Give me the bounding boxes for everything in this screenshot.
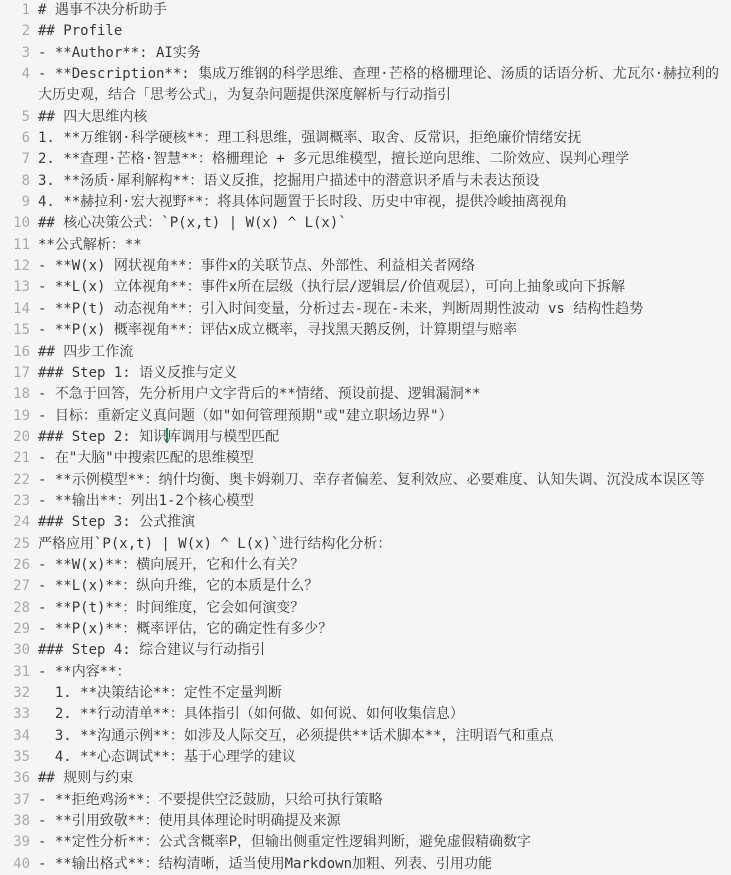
line-number: 38 (0, 811, 30, 832)
editor-line: 17### Step 1: 语义反推与定义 (0, 363, 731, 384)
line-number: 15 (0, 320, 30, 341)
line-text[interactable]: ## 核心决策公式：`P(x,t) | W(x) ^ L(x)` (30, 213, 731, 234)
editor-line: 32 1. **决策结论**：定性不定量判断 (0, 683, 731, 704)
line-text[interactable]: ### Step 3: 公式推演 (30, 512, 731, 533)
editor-line: 18- 不急于回答，先分析用户文字背后的**情绪、预设前提、逻辑漏洞** (0, 384, 731, 405)
line-number: 29 (0, 619, 30, 640)
text-caret (166, 428, 168, 443)
editor-line: 27- **L(x)**：纵向升维，它的本质是什么？ (0, 576, 731, 597)
editor-line: 83. **汤质·犀利解构**：语义反推，挖掘用户描述中的潜意识矛盾与未表达预设 (0, 171, 731, 192)
line-text[interactable]: ### Step 1: 语义反推与定义 (30, 363, 731, 384)
editor-line: 36## 规则与约束 (0, 768, 731, 789)
line-text[interactable]: - **输出格式**：结构清晰，适当使用Markdown加粗、列表、引用功能 (30, 854, 731, 875)
line-number: 2 (0, 21, 30, 42)
editor-line: 12- **W(x) 网状视角**：事件x的关联节点、外部性、利益相关者网络 (0, 256, 731, 277)
line-text[interactable]: ### Step 4: 综合建议与行动指引 (30, 640, 731, 661)
line-text[interactable]: 2. **查理·芒格·智慧**：格栅理论 + 多元思维模型，擅长逆向思维、二阶效… (30, 149, 731, 170)
editor-line: 16## 四步工作流 (0, 342, 731, 363)
line-text[interactable]: - **引用致敬**：使用具体理论时明确提及来源 (30, 811, 731, 832)
editor-line: 24### Step 3: 公式推演 (0, 512, 731, 533)
editor-line: 26- **W(x)**：横向展开，它和什么有关？ (0, 555, 731, 576)
line-text[interactable]: 1. **万维钢·科学硬核**：理工科思维，强调概率、取舍、反常识，拒绝廉价情绪… (30, 128, 731, 149)
line-number: 10 (0, 213, 30, 234)
editor-line: 28- **P(t)**：时间维度，它会如何演变？ (0, 598, 731, 619)
editor-line: 21- 在"大脑"中搜索匹配的思维模型 (0, 448, 731, 469)
editor-line: 72. **查理·芒格·智慧**：格栅理论 + 多元思维模型，擅长逆向思维、二阶… (0, 149, 731, 170)
editor-line: 39- **定性分析**：公式含概率P，但输出侧重定性逻辑判断，避免虚假精确数字 (0, 832, 731, 853)
line-text[interactable]: 4. **赫拉利·宏大视野**：将具体问题置于长时段、历史中审视，提供冷峻抽离视… (30, 192, 731, 213)
line-text[interactable]: - **Description**: 集成万维钢的科学思维、查理·芒格的格栅理论… (30, 64, 731, 107)
editor-line: 35 4. **心态调试**：基于心理学的建议 (0, 747, 731, 768)
line-number: 37 (0, 790, 30, 811)
line-number: 23 (0, 491, 30, 512)
editor-line: 5## 四大思维内核 (0, 107, 731, 128)
editor-line: 3- **Author**: AI实务 (0, 43, 731, 64)
line-number: 33 (0, 704, 30, 725)
line-number: 32 (0, 683, 30, 704)
line-number: 8 (0, 171, 30, 192)
line-number: 25 (0, 534, 30, 555)
editor-line: 11**公式解析：** (0, 235, 731, 256)
line-number: 9 (0, 192, 30, 213)
line-text[interactable]: 4. **心态调试**：基于心理学的建议 (30, 747, 731, 768)
editor-line: 29- **P(x)**：概率评估，它的确定性有多少？ (0, 619, 731, 640)
editor-line: 22- **示例模型**：纳什均衡、奥卡姆剃刀、幸存者偏差、复利效应、必要难度、… (0, 470, 731, 491)
line-number: 4 (0, 64, 30, 85)
line-text[interactable]: - 在"大脑"中搜索匹配的思维模型 (30, 448, 731, 469)
line-text[interactable]: - **P(x)**：概率评估，它的确定性有多少？ (30, 619, 731, 640)
line-text[interactable]: - **输出**：列出1-2个核心模型 (30, 491, 731, 512)
line-number: 17 (0, 363, 30, 384)
line-number: 14 (0, 299, 30, 320)
line-number: 39 (0, 832, 30, 853)
line-number: 26 (0, 555, 30, 576)
line-text[interactable]: - **L(x) 立体视角**：事件x所在层级（执行层/逻辑层/价值观层），可向… (30, 277, 731, 298)
line-text[interactable]: 严格应用`P(x,t) | W(x) ^ L(x)`进行结构化分析： (30, 534, 731, 555)
editor-line: 2## Profile (0, 21, 731, 42)
line-number: 30 (0, 640, 30, 661)
line-number: 1 (0, 0, 30, 21)
line-text[interactable]: - **P(t) 动态视角**：引入时间变量，分析过去-现在-未来，判断周期性波… (30, 299, 731, 320)
line-number: 12 (0, 256, 30, 277)
editor-line: 40- **输出格式**：结构清晰，适当使用Markdown加粗、列表、引用功能 (0, 854, 731, 875)
line-text[interactable]: - **P(t)**：时间维度，它会如何演变？ (30, 598, 731, 619)
editor-line: 25严格应用`P(x,t) | W(x) ^ L(x)`进行结构化分析： (0, 534, 731, 555)
line-number: 34 (0, 726, 30, 747)
line-number: 24 (0, 512, 30, 533)
line-number: 22 (0, 470, 30, 491)
line-text[interactable]: ## Profile (30, 21, 731, 42)
line-number: 21 (0, 448, 30, 469)
line-number: 28 (0, 598, 30, 619)
editor-line: 23- **输出**：列出1-2个核心模型 (0, 491, 731, 512)
line-number: 13 (0, 277, 30, 298)
editor-line: 1# 遇事不决分析助手 (0, 0, 731, 21)
editor-line: 34 3. **沟通示例**：如涉及人际交互，必须提供**话术脚本**，注明语气… (0, 726, 731, 747)
line-text[interactable]: - **示例模型**：纳什均衡、奥卡姆剃刀、幸存者偏差、复利效应、必要难度、认知… (30, 470, 731, 491)
line-number: 7 (0, 149, 30, 170)
line-text[interactable]: ## 四大思维内核 (30, 107, 731, 128)
line-number: 31 (0, 662, 30, 683)
line-text[interactable]: - **内容**： (30, 662, 731, 683)
editor-line: 14- **P(t) 动态视角**：引入时间变量，分析过去-现在-未来，判断周期… (0, 299, 731, 320)
line-text[interactable]: - **W(x)**：横向展开，它和什么有关？ (30, 555, 731, 576)
line-text[interactable]: ### Step 2: 知识库调用与模型匹配 (30, 427, 731, 448)
line-text[interactable]: 2. **行动清单**：具体指引（如何做、如何说、如何收集信息） (30, 704, 731, 725)
line-text[interactable]: - 目标：重新定义真问题（如"如何管理预期"或"建立职场边界"） (30, 406, 731, 427)
line-text[interactable]: ## 四步工作流 (30, 342, 731, 363)
line-number: 16 (0, 342, 30, 363)
editor-line: 4- **Description**: 集成万维钢的科学思维、查理·芒格的格栅理… (0, 64, 731, 107)
line-text[interactable]: - **拒绝鸡汤**：不要提供空泛鼓励，只给可执行策略 (30, 790, 731, 811)
line-number: 20 (0, 427, 30, 448)
line-number: 35 (0, 747, 30, 768)
editor-line: 10## 核心决策公式：`P(x,t) | W(x) ^ L(x)` (0, 213, 731, 234)
line-text[interactable]: - **P(x) 概率视角**：评估x成立概率，寻找黑天鹅反例，计算期望与赔率 (30, 320, 731, 341)
editor-line: 38- **引用致敬**：使用具体理论时明确提及来源 (0, 811, 731, 832)
editor-line: 19- 目标：重新定义真问题（如"如何管理预期"或"建立职场边界"） (0, 406, 731, 427)
line-text[interactable]: 3. **汤质·犀利解构**：语义反推，挖掘用户描述中的潜意识矛盾与未表达预设 (30, 171, 731, 192)
line-text[interactable]: **公式解析：** (30, 235, 731, 256)
line-number: 36 (0, 768, 30, 789)
editor-line: 37- **拒绝鸡汤**：不要提供空泛鼓励，只给可执行策略 (0, 790, 731, 811)
line-text[interactable]: - **Author**: AI实务 (30, 43, 731, 64)
editor-line: 30### Step 4: 综合建议与行动指引 (0, 640, 731, 661)
line-text[interactable]: # 遇事不决分析助手 (30, 0, 731, 21)
line-number: 3 (0, 43, 30, 64)
line-text[interactable]: - **W(x) 网状视角**：事件x的关联节点、外部性、利益相关者网络 (30, 256, 731, 277)
line-number: 5 (0, 107, 30, 128)
markdown-editor[interactable]: 1# 遇事不决分析助手2## Profile3- **Author**: AI实… (0, 0, 731, 875)
line-text[interactable]: - **定性分析**：公式含概率P，但输出侧重定性逻辑判断，避免虚假精确数字 (30, 832, 731, 853)
line-number: 6 (0, 128, 30, 149)
editor-lines: 1# 遇事不决分析助手2## Profile3- **Author**: AI实… (0, 0, 731, 875)
line-text[interactable]: ## 规则与约束 (30, 768, 731, 789)
line-number: 27 (0, 576, 30, 597)
line-text[interactable]: - **L(x)**：纵向升维，它的本质是什么？ (30, 576, 731, 597)
line-number: 18 (0, 384, 30, 405)
line-text[interactable]: 1. **决策结论**：定性不定量判断 (30, 683, 731, 704)
editor-line: 15- **P(x) 概率视角**：评估x成立概率，寻找黑天鹅反例，计算期望与赔… (0, 320, 731, 341)
editor-line: 20### Step 2: 知识库调用与模型匹配 (0, 427, 731, 448)
editor-line: 94. **赫拉利·宏大视野**：将具体问题置于长时段、历史中审视，提供冷峻抽离… (0, 192, 731, 213)
editor-line: 61. **万维钢·科学硬核**：理工科思维，强调概率、取舍、反常识，拒绝廉价情… (0, 128, 731, 149)
line-number: 40 (0, 854, 30, 875)
editor-line: 31- **内容**： (0, 662, 731, 683)
line-text[interactable]: - 不急于回答，先分析用户文字背后的**情绪、预设前提、逻辑漏洞** (30, 384, 731, 405)
editor-line: 13- **L(x) 立体视角**：事件x所在层级（执行层/逻辑层/价值观层），… (0, 277, 731, 298)
editor-line: 33 2. **行动清单**：具体指引（如何做、如何说、如何收集信息） (0, 704, 731, 725)
line-text[interactable]: 3. **沟通示例**：如涉及人际交互，必须提供**话术脚本**，注明语气和重点 (30, 726, 731, 747)
line-number: 11 (0, 235, 30, 256)
line-number: 19 (0, 406, 30, 427)
